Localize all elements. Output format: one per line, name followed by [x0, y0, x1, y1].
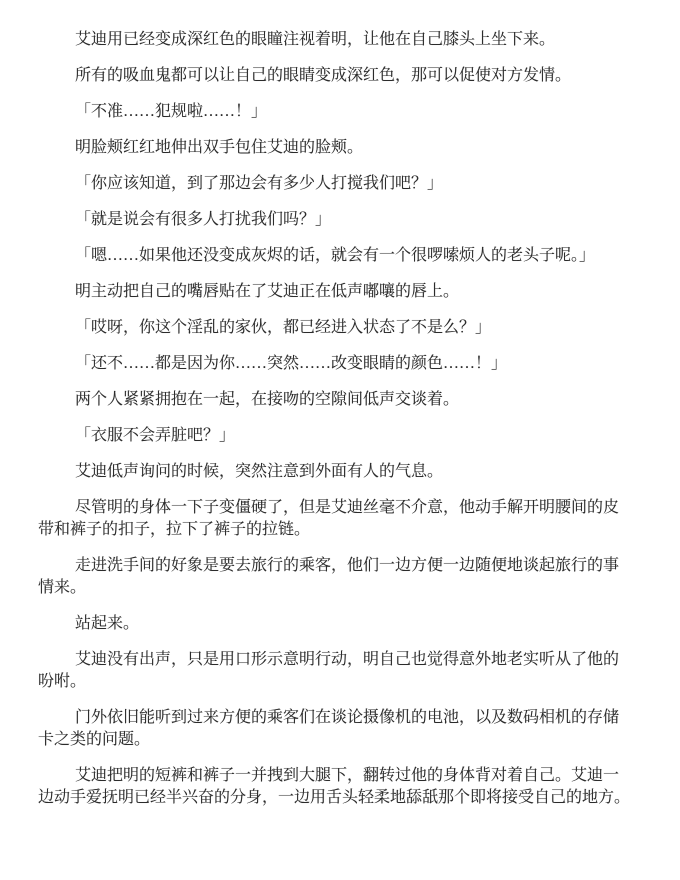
- dialogue-paragraph: 「还不……都是因为你……突然……改变眼睛的颜色……！」: [38, 353, 630, 375]
- narration-paragraph: 尽管明的身体一下子变僵硬了，但是艾迪丝毫不介意，他动手解开明腰间的皮带和裤子的扣…: [38, 497, 630, 541]
- narration-paragraph: 明脸颊红红地伸出双手包住艾迪的脸颊。: [38, 137, 630, 159]
- narration-paragraph: 艾迪没有出声，只是用口形示意明行动，明自己也觉得意外地老实听从了他的吩咐。: [38, 649, 630, 693]
- narration-paragraph: 所有的吸血鬼都可以让自己的眼睛变成深红色，那可以促使对方发情。: [38, 65, 630, 87]
- narration-paragraph: 艾迪低声询问的时候，突然注意到外面有人的气息。: [38, 461, 630, 483]
- narration-paragraph: 明主动把自己的嘴唇贴在了艾迪正在低声嘟嚷的唇上。: [38, 281, 630, 303]
- document-page: 艾迪用已经变成深红色的眼瞳注视着明，让他在自己膝头上坐下来。 所有的吸血鬼都可以…: [0, 0, 680, 880]
- narration-paragraph: 两个人紧紧拥抱在一起，在接吻的空隙间低声交谈着。: [38, 389, 630, 411]
- dialogue-paragraph: 「不准……犯规啦……！」: [38, 101, 630, 123]
- dialogue-paragraph: 「嗯……如果他还没变成灰烬的话，就会有一个很啰嗦烦人的老头子呢。」: [38, 245, 630, 267]
- narration-paragraph: 艾迪把明的短裤和裤子一并拽到大腿下，翻转过他的身体背对着自己。艾迪一边动手爱抚明…: [38, 765, 630, 809]
- narration-paragraph: 站起来。: [38, 613, 630, 635]
- dialogue-paragraph: 「哎呀，你这个淫乱的家伙，都已经进入状态了不是么？」: [38, 317, 630, 339]
- dialogue-paragraph: 「就是说会有很多人打扰我们吗？」: [38, 209, 630, 231]
- narration-paragraph: 艾迪用已经变成深红色的眼瞳注视着明，让他在自己膝头上坐下来。: [38, 29, 630, 51]
- narration-paragraph: 门外依旧能听到过来方便的乘客们在谈论摄像机的电池，以及数码相机的存储卡之类的问题…: [38, 707, 630, 751]
- text-column: 艾迪用已经变成深红色的眼瞳注视着明，让他在自己膝头上坐下来。 所有的吸血鬼都可以…: [38, 29, 630, 809]
- dialogue-paragraph: 「衣服不会弄脏吧？」: [38, 425, 630, 447]
- narration-paragraph: 走进洗手间的好象是要去旅行的乘客，他们一边方便一边随便地谈起旅行的事情来。: [38, 555, 630, 599]
- dialogue-paragraph: 「你应该知道，到了那边会有多少人打搅我们吧？」: [38, 173, 630, 195]
